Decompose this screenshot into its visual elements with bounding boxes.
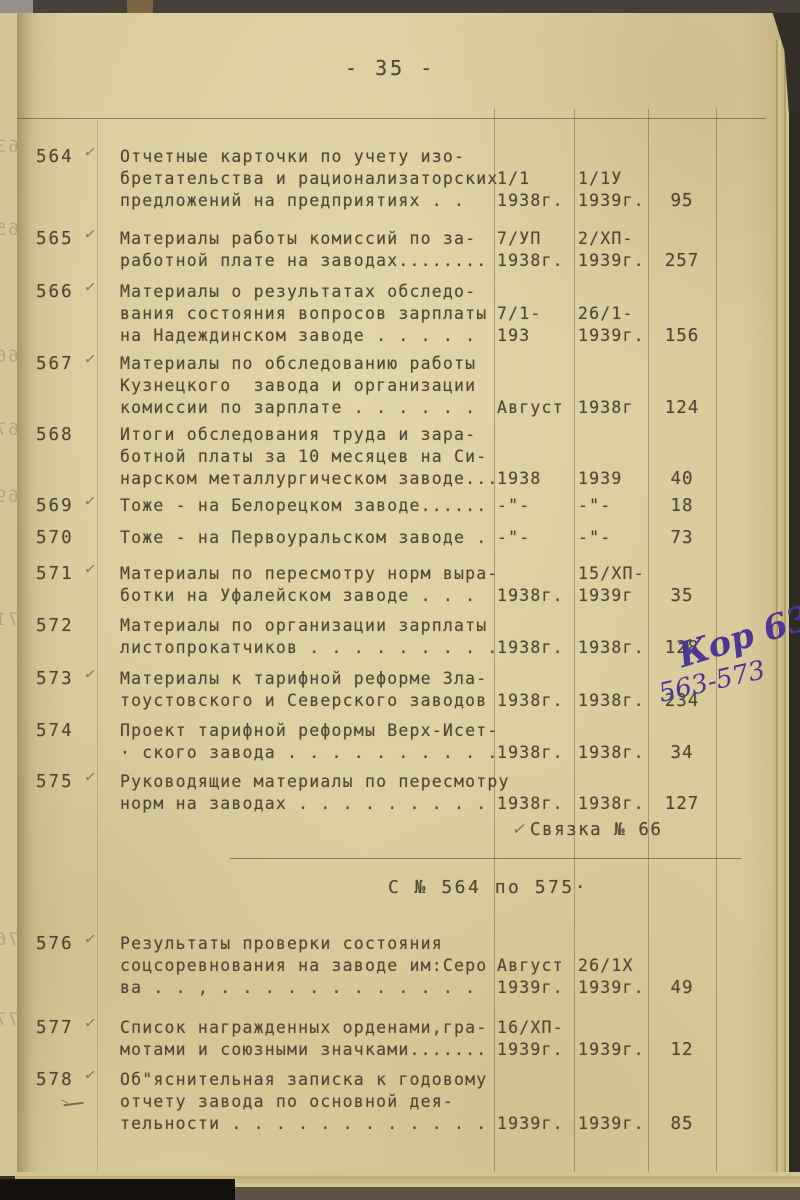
entry-end-date: 1/1У [578, 168, 656, 190]
ghost-number: 569 [0, 487, 17, 507]
entry-description-line: Кузнецкого завода и организации [120, 375, 476, 397]
entry-number: 567 [36, 353, 74, 375]
checkmark-icon: ✓ [83, 559, 98, 579]
checkmark-icon: ✓ [83, 142, 98, 162]
entry-end-date: 1938г [578, 397, 656, 419]
section-divider-rule [230, 858, 742, 859]
entry-number: 573 [36, 668, 74, 690]
entry-description-line: Материалы работы комиссий по за- [120, 228, 476, 250]
entry-start-date: 1938г. [497, 637, 575, 659]
entry-description-line: Материалы по пересмотру норм выра- [120, 563, 499, 585]
entry-start-date: 1939г. [497, 1113, 575, 1135]
document-page: - 35 - 564✓Отчетные карточки по учету из… [0, 13, 787, 1176]
entry-sheet-count: 95 [650, 190, 714, 212]
entry-start-date: 7/УП [497, 228, 575, 250]
entry-start-date: Август [497, 955, 575, 977]
entry-end-date: 1939г. [578, 1113, 656, 1135]
photo-edge-tan [127, 0, 153, 13]
entry-description-line: предложений на предприятиях . . [120, 190, 465, 212]
scanned-document-photo: - 35 - 564✓Отчетные карточки по учету из… [0, 0, 800, 1200]
bundle-note: Связка № 66 [530, 819, 662, 841]
entry-description-line: мотами и союзными значками....... [120, 1039, 487, 1061]
entry-end-date: 26/1Х [578, 955, 656, 977]
checkmark-icon: ✓ [83, 767, 98, 787]
entry-number: 574 [36, 720, 74, 742]
entry-start-date: 1/1 [497, 168, 575, 190]
entry-description-line: нарском металлургическом заводе... [120, 468, 499, 490]
entry-description-line: соцсоревнования на заводе им:Серо [120, 955, 487, 977]
entry-start-date: 193 [497, 325, 575, 347]
page-left-edge: 563565566567569571576577 [0, 13, 17, 1176]
entry-number: 572 [36, 615, 74, 637]
entry-sheet-count: 18 [650, 495, 714, 517]
entry-end-date: 1939 [578, 468, 656, 490]
entry-end-date: 1939г. [578, 250, 656, 272]
page-number: - 35 - [345, 57, 435, 79]
entry-description-line: тельности . . . . . . . . . . . . [120, 1113, 487, 1135]
entry-description-line: работной плате на заводах........ [120, 250, 487, 272]
photo-background-top [0, 0, 800, 13]
entry-number: 577 [36, 1017, 74, 1039]
entry-description-line: Об"яснительная записка к годовому [120, 1069, 487, 1091]
entry-start-date: 1939г. [497, 977, 575, 999]
ghost-number: 571 [0, 610, 17, 630]
entry-description-line: Материалы по организации зарплаты [120, 615, 487, 637]
entry-end-date: 1939г. [578, 1039, 656, 1061]
table-top-rule [0, 118, 766, 119]
checkmark-icon: ✓ [511, 818, 529, 841]
entry-end-date: 1939г. [578, 190, 656, 212]
entry-end-date: 26/1- [578, 303, 656, 325]
entry-description-line: Материалы по обследованию работы [120, 353, 476, 375]
entry-end-date: 1939г. [578, 325, 656, 347]
entry-description-line: Материалы о результатах обследо- [120, 281, 476, 303]
entry-number: 571 [36, 563, 74, 585]
ghost-number: 567 [0, 420, 17, 440]
entry-description-line: на Надеждинском заводе . . . . . [120, 325, 476, 347]
entry-sheet-count: 73 [650, 527, 714, 549]
entry-end-date: 1939г [578, 585, 656, 607]
photo-edge-gray [0, 0, 33, 13]
entry-sheet-count: 49 [650, 977, 714, 999]
entry-number: 565 [36, 228, 74, 250]
entry-start-date: 1939г. [497, 1039, 575, 1061]
entry-description-line: листопрокатчиков . . . . . . . . . [120, 637, 499, 659]
checkmark-icon: ✓ [83, 349, 98, 369]
entry-description-line: Материалы к тарифной реформе Зла- [120, 668, 487, 690]
entry-end-date: -"- [578, 495, 656, 517]
checkmark-icon: ✓ [83, 1065, 98, 1085]
entry-end-date: 1938г. [578, 793, 656, 815]
entry-description-line: Руководящие материалы по пересмотру [120, 771, 510, 793]
entry-end-date: 1939г. [578, 977, 656, 999]
entry-description-line: вания состояния вопросов зарплаты [120, 303, 487, 325]
entry-number: 570 [36, 527, 74, 549]
entry-sheet-count: 40 [650, 468, 714, 490]
ghost-number: 566 [0, 347, 17, 367]
entry-description-line: Результаты проверки состояния [120, 933, 443, 955]
entry-number: 568 [36, 424, 74, 446]
entry-number: 575 [36, 771, 74, 793]
entry-start-date: 1938г. [497, 250, 575, 272]
entry-start-date: 16/ХП- [497, 1017, 575, 1039]
entry-description-line: Итоги обследования труда и зара- [120, 424, 476, 446]
entry-start-date: Август [497, 397, 575, 419]
entry-sheet-count: 34 [650, 742, 714, 764]
checkmark-icon: ✓ [83, 929, 98, 949]
checkmark-icon: ✓ [83, 277, 98, 297]
entry-end-date: 1938г. [578, 742, 656, 764]
photo-background-corner [0, 1179, 235, 1200]
entry-start-date: 1938г. [497, 585, 575, 607]
entry-description-line: Список награжденных орденами,гра- [120, 1017, 487, 1039]
entry-description-line: ва . . , . . . . . . . . . . . . [120, 977, 476, 999]
handwritten-mark [64, 1102, 85, 1113]
entry-sheet-count: 257 [650, 250, 714, 272]
entry-description-line: · ского завода . . . . . . . . . . [120, 742, 499, 764]
entry-start-date: -"- [497, 495, 575, 517]
entry-end-date: 1938г. [578, 637, 656, 659]
binding-crease [17, 13, 36, 1176]
entry-start-date: 1938г. [497, 742, 575, 764]
entry-description-line: отчету завода по основной дея- [120, 1091, 454, 1113]
entry-description-line: ботки на Уфалейском заводе . . . [120, 585, 476, 607]
entry-description-line: тоустовского и Северского заводов [120, 690, 487, 712]
entry-start-date: 7/1- [497, 303, 575, 325]
checkmark-icon: ✓ [83, 1013, 98, 1033]
entry-start-date: 1938г. [497, 190, 575, 212]
entry-end-date: 1938г. [578, 690, 656, 712]
ghost-number: 577 [0, 1010, 17, 1030]
entry-sheet-count: 127 [650, 793, 714, 815]
ghost-number: 565 [0, 220, 17, 240]
entry-description-line: Тоже - на Первоуральском заводе . [120, 527, 487, 549]
entry-description-line: бретательства и рационализаторских [120, 168, 499, 190]
entry-number: 564 [36, 146, 74, 168]
ghost-number: 563 [0, 137, 17, 157]
entry-end-date: 15/ХП- [578, 563, 656, 585]
entry-end-date: 2/ХП- [578, 228, 656, 250]
entry-number: 578 [36, 1069, 74, 1091]
entry-description-line: Проект тарифной реформы Верх-Исет- [120, 720, 499, 742]
entry-description-line: ботной платы за 10 месяцев на Си- [120, 446, 487, 468]
entry-number: 576 [36, 933, 74, 955]
entry-number: 566 [36, 281, 74, 303]
entry-sheet-count: 12 [650, 1039, 714, 1061]
entry-sheet-count: 156 [650, 325, 714, 347]
checkmark-icon: ✓ [83, 664, 98, 684]
entry-start-date: -"- [497, 527, 575, 549]
entry-description-line: норм на заводах . . . . . . . . . [120, 793, 487, 815]
entry-number: 569 [36, 495, 74, 517]
checkmark-icon: ✓ [83, 491, 98, 511]
entry-start-date: 1938 [497, 468, 575, 490]
range-note: С № 564 по 575· [388, 877, 588, 899]
entry-description-line: Отчетные карточки по учету изо- [120, 146, 465, 168]
ghost-number: 576 [0, 930, 17, 950]
entry-start-date: 1938г. [497, 793, 575, 815]
entry-start-date: 1938г. [497, 690, 575, 712]
entry-description-line: Тоже - на Белорецком заводе...... [120, 495, 487, 517]
checkmark-icon: ✓ [83, 224, 98, 244]
entry-end-date: -"- [578, 527, 656, 549]
entry-sheet-count: 124 [650, 397, 714, 419]
entry-sheet-count: 35 [650, 585, 714, 607]
entry-description-line: комиссии по зарплате . . . . . . [120, 397, 476, 419]
entry-sheet-count: 85 [650, 1113, 714, 1135]
